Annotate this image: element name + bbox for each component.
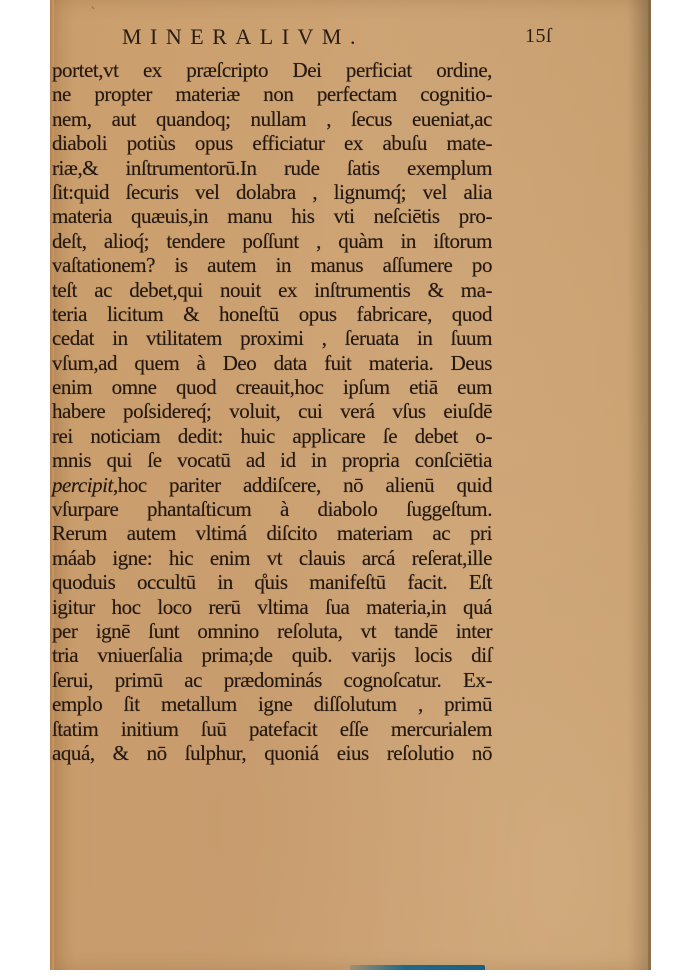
running-title: MINERALIVM. (122, 24, 364, 50)
text-line: vſum,ad quem à Deo data fuit materia. De… (52, 351, 492, 375)
text-line: enim omne quod creauit,hoc ipſum etiā eu… (52, 375, 492, 399)
text-line: vſurpare phantaſticum à diabolo ſuggeſtu… (52, 497, 492, 521)
text-line: ſtatim initium ſuū patefacit eſſe mercur… (52, 717, 492, 741)
text-line: vaſtationem? is autem in manus aſſumere … (52, 253, 492, 277)
text-line: per ignē ſunt omnino reſoluta, vt tandē … (52, 619, 492, 643)
page-blemish: ˋ (90, 6, 97, 22)
text-line: riæ,& inſtrumentorū.In rude ſatis exempl… (52, 156, 492, 180)
text-line: teria licitum & honeſtū opus fabricare, … (52, 302, 492, 326)
text-line: deſt, alioq́; tendere poſſunt , quàm in … (52, 229, 492, 253)
text-line: teſt ac debet,qui nouit ex inſtrumentis … (52, 278, 492, 302)
text-line-italic-start: percipit,hoc pariter addiſcere, nō alien… (52, 473, 492, 497)
text-line: tria vniuerſalia prima;de quib. varijs l… (52, 643, 492, 667)
text-line: ſit:quid ſecuris vel dolabra , lignumq́;… (52, 180, 492, 204)
text-line: ſerui, primū ac prædominás cognoſcatur. … (52, 668, 492, 692)
text-line: cedat in vtilitatem proximi , ſeruata in… (52, 326, 492, 350)
text-line: nem, aut quandoq; nullam , ſecus eueniat… (52, 107, 492, 131)
text-line: igitur hoc loco rerū vltima ſua materia,… (52, 595, 492, 619)
body-text: portet,vt ex præſcripto Dei perficiat or… (52, 58, 492, 765)
text-line: ne propter materiæ non perfectam cogniti… (52, 82, 492, 106)
page-number: 15ſ (525, 25, 552, 48)
text-line: emplo ſit metallum igne diſſolutum , pri… (52, 692, 492, 716)
text-line: diaboli potiùs opus efficiatur ex abuſu … (52, 131, 492, 155)
text-line: quoduis occultū in q̊uis manifeſtū facit… (52, 570, 492, 594)
text-line: portet,vt ex præſcripto Dei perficiat or… (52, 58, 492, 82)
blue-tape-strip (350, 965, 485, 970)
text-line: aquá, & nō ſulphur, quoniá eius reſoluti… (52, 741, 492, 765)
text-line: Rerum autem vltimá diſcito materiam ac p… (52, 521, 492, 545)
text-line: mnis qui ſe vocatū ad id in propria conſ… (52, 448, 492, 472)
running-head: MINERALIVM. 15ſ (122, 24, 552, 52)
text-line: habere poſsidereq́; voluit, cui verá vſu… (52, 399, 492, 423)
text-line: rei noticiam dedit: huic applicare ſe de… (52, 424, 492, 448)
book-page: ˋ MINERALIVM. 15ſ portet,vt ex præſcript… (50, 0, 651, 970)
text-line: materia quæuis,in manu his vti neſciētis… (52, 204, 492, 228)
text-line: máab igne: hic enim vt clauis arcá reſer… (52, 546, 492, 570)
italic-word: percipit (52, 473, 113, 497)
